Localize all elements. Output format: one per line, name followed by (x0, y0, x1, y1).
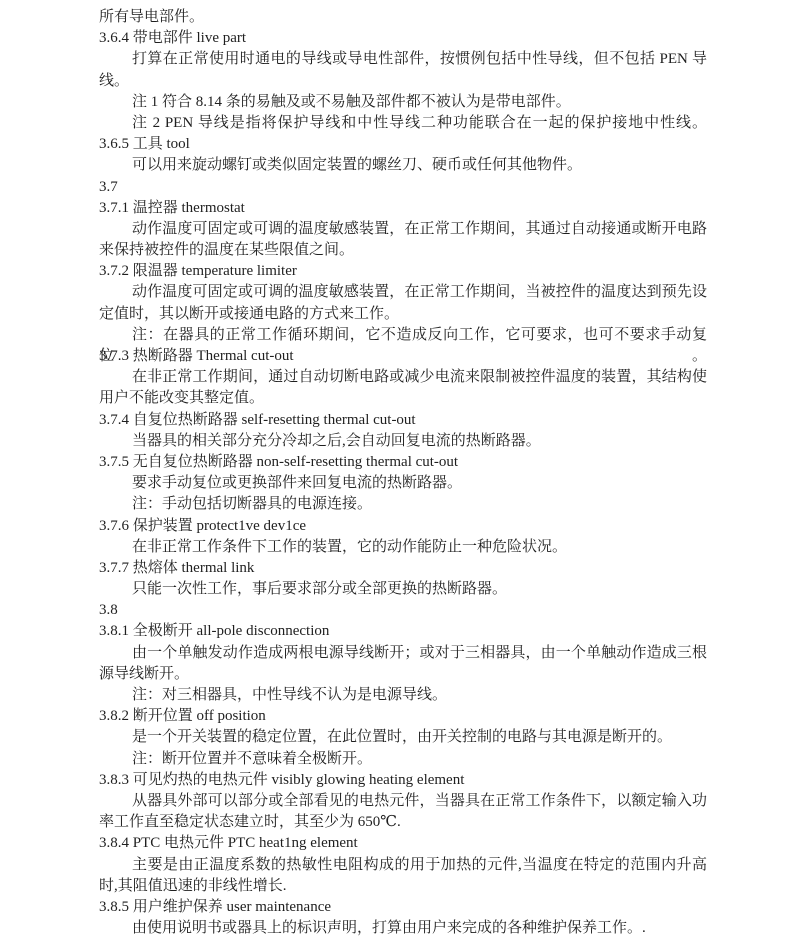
text-line: 所有导电部件。 (99, 7, 707, 28)
clause-heading: 3.7 (99, 177, 707, 198)
clause-heading: 3.6.5 工具 tool (99, 134, 707, 155)
clause-heading: 3.8 (99, 600, 707, 621)
text-line: 定值时，其以断开或接通电路的方式来工作。 (99, 304, 707, 325)
clause-heading: 3.8.5 用户维护保养 user maintenance (99, 897, 707, 918)
clause-heading: 3.8.1 全极断开 all-pole disconnection (99, 621, 707, 642)
clause-heading: 3.7.6 保护装置 protect1ve dev1ce (99, 516, 707, 537)
text-line: 在非正常工作条件下工作的装置，它的动作能防止一种危险状况。 (99, 537, 707, 558)
text-line: 可以用来旋动螺钉或类似固定装置的螺丝刀、硬币或任何其他物件。 (99, 155, 707, 176)
text-line: 源导线断开。 (99, 664, 707, 685)
text-line: 只能一次性工作，事后要求部分或全部更换的热断路器。 (99, 579, 707, 600)
clause-heading: 3.7.4 自复位热断路器 self-resetting thermal cut… (99, 410, 707, 431)
note-line: 注：手动包括切断器具的电源连接。 (99, 494, 707, 515)
clause-heading: 3.7.1 温控器 thermostat (99, 198, 707, 219)
text-line: 时,其阻值迅速的非线性增长. (99, 876, 707, 897)
note-line: 注 2 PEN 导线是指将保护导线和中性导线二种功能联合在一起的保护接地中性线。 (99, 113, 707, 134)
text-line: 当器具的相关部分充分冷却之后,会自动回复电流的热断路器。 (99, 431, 707, 452)
clause-heading: 3.6.4 带电部件 live part (99, 28, 707, 49)
text-line: 动作温度可固定或可调的温度敏感装置，在正常工作期间，当被控件的温度达到预先设 (99, 282, 707, 303)
clause-heading: 3.8.2 断开位置 off position (99, 706, 707, 727)
text-line: 主要是由正温度系数的热敏性电阻构成的用于加热的元件,当温度在特定的范围内升高 (99, 855, 707, 876)
document-text: 所有导电部件。3.6.4 带电部件 live part打算在正常使用时通电的导线… (99, 7, 707, 939)
clause-heading: 3.7.7 热熔体 thermal link (99, 558, 707, 579)
text-line: 来保持被控件的温度在某些限值之间。 (99, 240, 707, 261)
text-line: 从器具外部可以部分或全部看见的电热元件，当器具在正常工作条件下，以额定输入功 (99, 791, 707, 812)
text-line: 由一个单触发动作造成两根电源导线断开；或对于三相器具，由一个单触动作造成三根 (99, 643, 707, 664)
note-line: 注：对三相器具，中性导线不认为是电源导线。 (99, 685, 707, 706)
text-line: 是一个开关装置的稳定位置，在此位置时，由开关控制的电路与其电源是断开的。 (99, 727, 707, 748)
note-line: 注 1 符合 8.14 条的易触及或不易触及部件都不被认为是带电部件。 (99, 92, 707, 113)
text-line: 要求手动复位或更换部件来回复电流的热断路器。 (99, 473, 707, 494)
note-line: 注：断开位置并不意味着全极断开。 (99, 749, 707, 770)
text-line: 动作温度可固定或可调的温度敏感装置，在正常工作期间，其通过自动接通或断开电路 (99, 219, 707, 240)
clause-heading: 3.7.5 无自复位热断路器 non-self-resetting therma… (99, 452, 707, 473)
text-line: 在非正常工作期间，通过自动切断电路或减少电流来限制被控件温度的装置，其结构使 (99, 367, 707, 388)
note-line: 注：在器具的正常工作循环期间，它不造成反向工作，它可要求，也可不要求手动复位。 (99, 325, 707, 346)
text-line: 打算在正常使用时通电的导线或导电性部件，按惯例包括中性导线，但不包括 PEN 导 (99, 49, 707, 70)
clause-heading: 3.8.3 可见灼热的电热元件 visibly glowing heating … (99, 770, 707, 791)
text-line: 由使用说明书或器具上的标识声明，打算由用户来完成的各种维护保养工作。. (99, 918, 707, 939)
document-page: 所有导电部件。3.6.4 带电部件 live part打算在正常使用时通电的导线… (0, 0, 800, 939)
text-line: 线。 (99, 71, 707, 92)
text-line: 用户不能改变其整定值。 (99, 388, 707, 409)
clause-heading: 3.7.2 限温器 temperature limiter (99, 261, 707, 282)
text-line: 率工作直至稳定状态建立时，其至少为 650℃. (99, 812, 707, 833)
clause-heading: 3.8.4 PTC 电热元件 PTC heat1ng element (99, 833, 707, 854)
